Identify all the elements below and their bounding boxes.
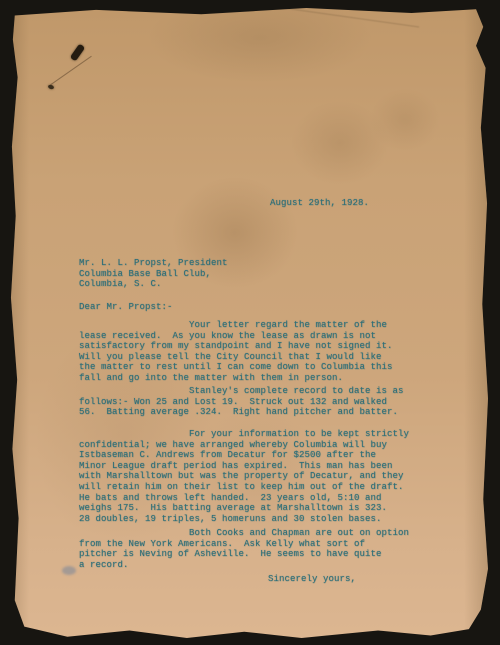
closing: Sincerely yours, (268, 574, 356, 585)
paragraph-cooks-chapman: Both Cooks and Chapman are out on option… (79, 528, 409, 570)
paragraph-confidential: For your information to be kept strictly… (79, 429, 409, 524)
paper-crease (241, 1, 419, 27)
staple-tear-mark (70, 44, 85, 62)
paragraph-lease: Your letter regard the matter of the lea… (79, 320, 393, 384)
salutation: Dear Mr. Propst:- (79, 302, 173, 313)
pencil-mark (62, 566, 76, 575)
letter-date: August 29th, 1928. (270, 198, 369, 209)
paragraph-stanley-record: Stanley's complete record to date is as … (79, 386, 404, 418)
letter-paper: August 29th, 1928. Mr. L. L. Propst, Pre… (10, 8, 488, 638)
scanned-letter-page: August 29th, 1928. Mr. L. L. Propst, Pre… (0, 0, 500, 645)
ink-spot (47, 84, 54, 90)
scratch-mark (50, 56, 92, 85)
recipient-address: Mr. L. L. Propst, President Columbia Bas… (79, 258, 228, 290)
